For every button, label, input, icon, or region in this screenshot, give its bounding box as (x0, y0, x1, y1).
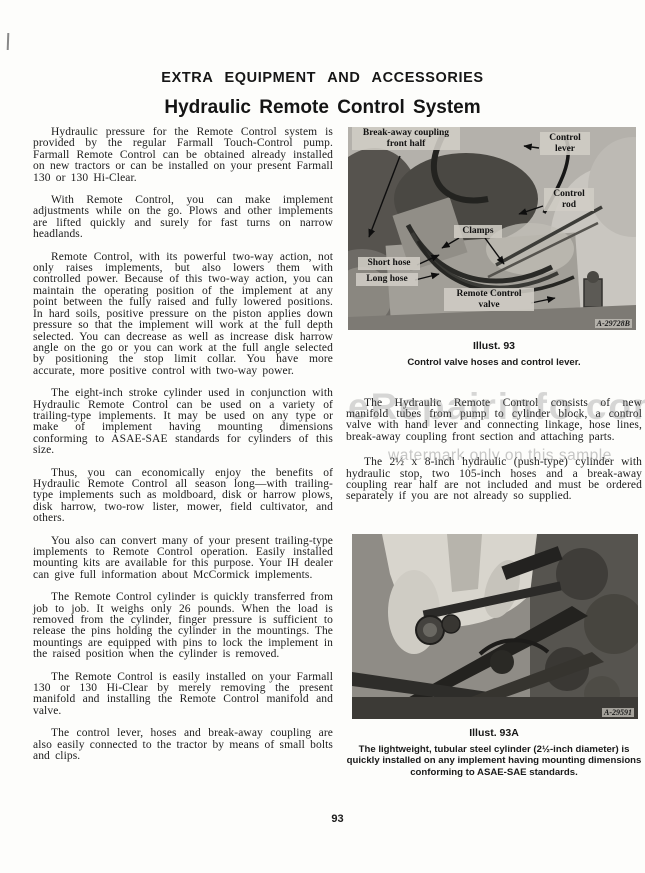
photo-label-remote-control-valve: Remote Control valve (444, 288, 534, 311)
body-paragraph: With Remote Control, you can make implem… (33, 195, 333, 241)
left-column: Hydraulic pressure for the Remote Contro… (33, 127, 333, 778)
photo-label-breakaway-coupling: Break-away coupling front half (352, 127, 460, 150)
scan-artifact-mark (7, 33, 10, 50)
illustration-93a-caption-title: Illust. 93A (346, 727, 642, 739)
photo-label-control-lever: Control lever (540, 132, 590, 155)
photo-label-control-rod: Control rod (544, 188, 594, 211)
body-paragraph: You also can convert many of your presen… (33, 536, 333, 582)
body-paragraph: The control lever, hoses and break-away … (33, 728, 333, 762)
page-number: 93 (33, 813, 642, 825)
photo-id-a29728b: A-29728B (595, 319, 632, 328)
illustration-93a-scene (352, 534, 638, 719)
body-paragraph: Remote Control, with its powerful two-wa… (33, 252, 333, 377)
illustration-93a-caption-text: The lightweight, tubular steel cylinder … (346, 744, 642, 779)
photo-id-a29591: A-29591 (602, 708, 634, 717)
illustration-93-photo: Break-away coupling front half Control l… (348, 127, 636, 330)
photo-label-short-hose: Short hose (358, 257, 420, 270)
right-column: Break-away coupling front half Control l… (346, 127, 642, 778)
body-paragraph: The Remote Control is easily installed o… (33, 672, 333, 718)
body-paragraph: The eight-inch stroke cylinder used in c… (33, 388, 333, 456)
illustration-93a-photo: A-29591 (352, 534, 638, 719)
illustration-93-caption-title: Illust. 93 (346, 340, 642, 352)
photo-label-long-hose: Long hose (356, 273, 418, 286)
page-header: EXTRA EQUIPMENT AND ACCESSORIES (0, 70, 645, 86)
body-paragraph: Hydraulic pressure for the Remote Contro… (33, 127, 333, 184)
illustration-93-caption-text: Control valve hoses and control lever. (346, 357, 642, 369)
illustration-93a-caption: Illust. 93A The lightweight, tubular ste… (346, 727, 642, 779)
manual-page: EXTRA EQUIPMENT AND ACCESSORIES Hydrauli… (0, 0, 645, 873)
body-paragraph: Thus, you can economically enjoy the ben… (33, 468, 333, 525)
page-title: Hydraulic Remote Control System (0, 97, 645, 119)
body-paragraph: The Hydraulic Remote Control consists of… (346, 398, 642, 444)
photo-label-clamps: Clamps (454, 225, 502, 238)
illustration-93-caption: Illust. 93 Control valve hoses and contr… (346, 340, 642, 369)
body-paragraph: The 2½ x 8-inch hydraulic (push-type) cy… (346, 457, 642, 503)
content-columns: Hydraulic pressure for the Remote Contro… (33, 127, 642, 778)
body-paragraph: The Remote Control cylinder is quickly t… (33, 592, 333, 660)
